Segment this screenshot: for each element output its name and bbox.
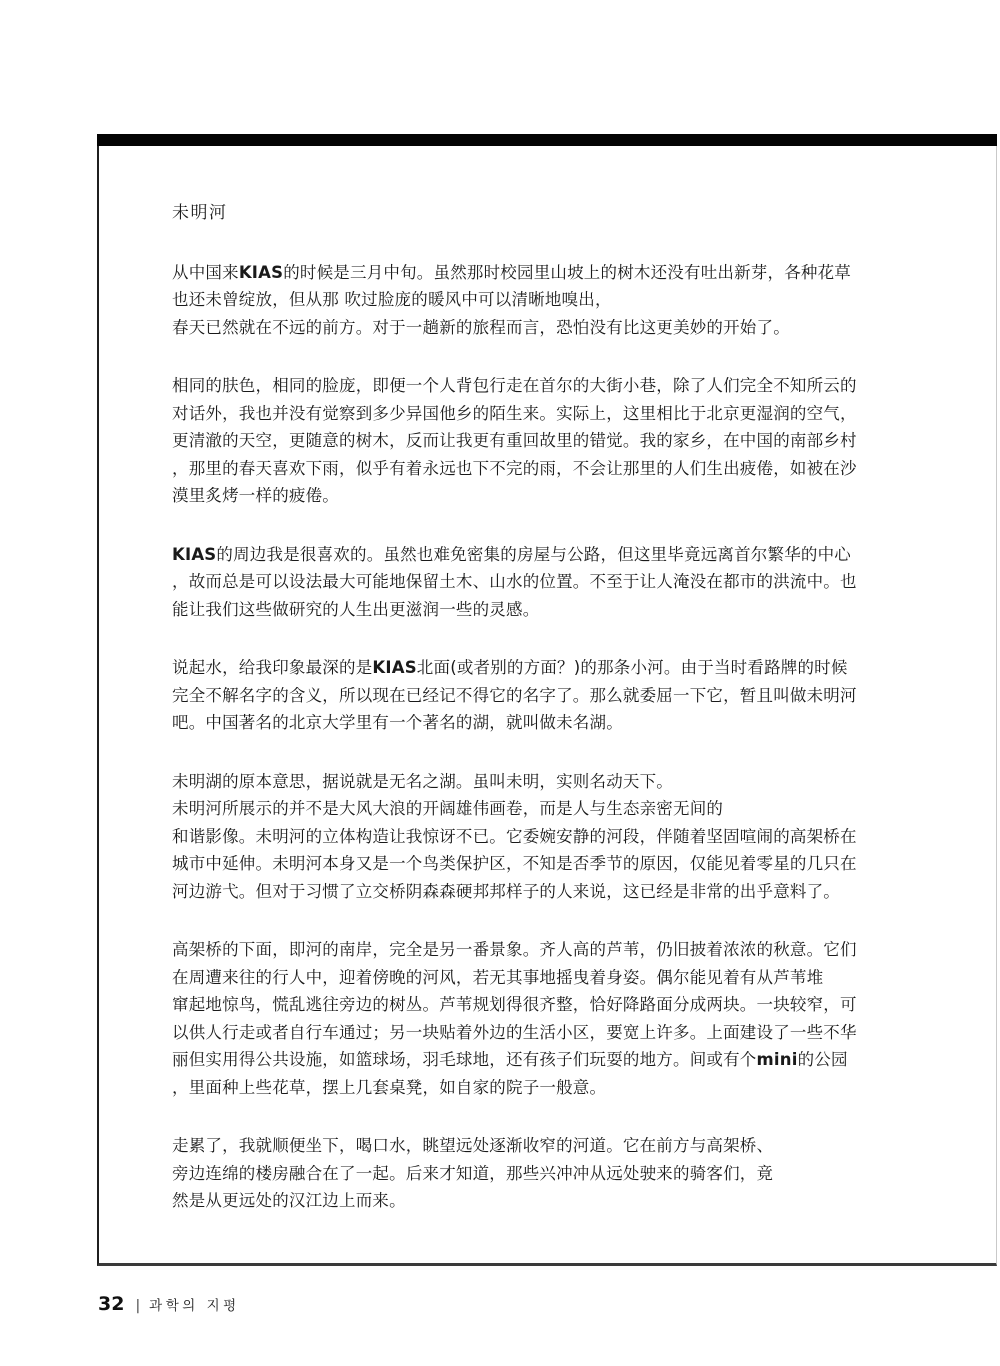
text-line: 丽但实用得公共设施，如篮球场，羽毛球地，还有孩子们玩耍的地方。间或有个mini的… — [172, 1046, 862, 1074]
text-line: 窜起地惊鸟，慌乱逃往旁边的树丛。芦苇规划得很齐整，恰好降路面分成两块。一块较窄，… — [172, 991, 862, 1019]
text-segment: 相同的肤色，相同的脸庞，即便一个人背包行走在首尔的大街小巷，除了人们完全不知所云… — [172, 376, 857, 395]
text-segment: 旁边连绵的楼房融合在了一起。后来才知道，那些兴冲冲从远处驶来的骑客们，竟 — [172, 1164, 773, 1183]
text-line: KIAS的周边我是很喜欢的。虽然也难免密集的房屋与公路，但这里毕竟远离首尔繁华的… — [172, 541, 862, 569]
text-segment: 说起水，给我印象最深的是 — [172, 658, 372, 677]
article-title: 未明河 — [172, 200, 862, 228]
text-segment: 漠里炙烤一样的疲倦。 — [172, 486, 339, 505]
text-segment: 河边游弋。但对于习惯了立交桥阴森森硬邦邦样子的人来说，这已经是非常的出乎意料了。 — [172, 882, 840, 901]
paragraph: KIAS的周边我是很喜欢的。虽然也难免密集的房屋与公路，但这里毕竟远离首尔繁华的… — [172, 541, 862, 624]
text-segment: 未明湖的原本意思，据说就是无名之湖。虽叫未明，实则名动天下。 — [172, 772, 673, 791]
text-line: 未明河所展示的并不是大风大浪的开阔雄伟画卷，而是人与生态亲密无间的 — [172, 795, 862, 823]
header-rule — [97, 134, 997, 146]
article-body: 从中国来KIAS的时候是三月中旬。虽然那时校园里山坡上的树木还没有吐出新芽，各种… — [172, 259, 862, 1215]
text-segment: 窜起地惊鸟，慌乱逃往旁边的树丛。芦苇规划得很齐整，恰好降路面分成两块。一块较窄，… — [172, 995, 857, 1014]
text-line: ，里面种上些花草，摆上几套桌凳，如自家的院子一般意。 — [172, 1074, 862, 1102]
text-segment: 的周边我是很喜欢的。虽然也难免密集的房屋与公路，但这里毕竟远离首尔繁华的中心 — [216, 545, 851, 564]
text-line: 吧。中国著名的北京大学里有一个著名的湖，就叫做未名湖。 — [172, 709, 862, 737]
text-segment: 未明河所展示的并不是大风大浪的开阔雄伟画卷，而是人与生态亲密无间的 — [172, 799, 723, 818]
text-line: 能让我们这些做研究的人生出更滋润一些的灵感。 — [172, 596, 862, 624]
text-line: ，那里的春天喜欢下雨，似乎有着永远也下不完的雨，不会让那里的人们生出疲倦，如被在… — [172, 455, 862, 483]
text-segment: 城市中延伸。未明河本身又是一个鸟类保护区，不知是否季节的原因，仅能见着零星的几只… — [172, 854, 857, 873]
text-line: 走累了，我就顺便坐下，喝口水，眺望远处逐渐收窄的河道。它在前方与高架桥、 — [172, 1132, 862, 1160]
article-content: 未明河 从中国来KIAS的时候是三月中旬。虽然那时校园里山坡上的树木还没有吐出新… — [172, 146, 862, 1215]
text-line: 旁边连绵的楼房融合在了一起。后来才知道，那些兴冲冲从远处驶来的骑客们，竟 — [172, 1160, 862, 1188]
text-line: 说起水，给我印象最深的是KIAS北面(或者别的方面？)的那条小河。由于当时看路牌… — [172, 654, 862, 682]
text-line: 完全不解名字的含义，所以现在已经记不得它的名字了。那么就委屈一下它，暂且叫做未明… — [172, 682, 862, 710]
text-segment: 以供人行走或者自行车通过；另一块贴着外边的生活小区，要宽上许多。上面建设了一些不… — [172, 1023, 857, 1042]
text-segment: 的公园 — [798, 1050, 848, 1069]
bold-latin-text: mini — [757, 1050, 798, 1069]
text-segment: 丽但实用得公共设施，如篮球场，羽毛球地，还有孩子们玩耍的地方。间或有个 — [172, 1050, 757, 1069]
text-line: ，故而总是可以设法最大可能地保留土木、山水的位置。不至于让人淹没在都市的洪流中。… — [172, 568, 862, 596]
text-segment: 吧。中国著名的北京大学里有一个著名的湖，就叫做未名湖。 — [172, 713, 623, 732]
text-line: 以供人行走或者自行车通过；另一块贴着外边的生活小区，要宽上许多。上面建设了一些不… — [172, 1019, 862, 1047]
text-segment: 对话外，我也并没有觉察到多少异国他乡的陌生来。实际上，这里相比于北京更湿润的空气… — [172, 404, 857, 423]
text-segment: 更清澈的天空，更随意的树木，反而让我更有重回故里的错觉。我的家乡，在中国的南部乡… — [172, 431, 857, 450]
text-line: 在周遭来往的行人中，迎着傍晚的河风，若无其事地摇曳着身姿。偶尔能见着有从芦苇堆 — [172, 964, 862, 992]
paragraph: 从中国来KIAS的时候是三月中旬。虽然那时校园里山坡上的树木还没有吐出新芽，各种… — [172, 259, 862, 342]
text-line: 然是从更远处的汉江边上而来。 — [172, 1187, 862, 1215]
text-segment: 高架桥的下面，即河的南岸，完全是另一番景象。齐人高的芦苇，仍旧披着浓浓的秋意。它… — [172, 940, 857, 959]
bold-latin-text: KIAS — [239, 263, 283, 282]
text-segment: 走累了，我就顺便坐下，喝口水，眺望远处逐渐收窄的河道。它在前方与高架桥、 — [172, 1136, 773, 1155]
page-number: 32 — [98, 1293, 124, 1315]
text-line: 河边游弋。但对于习惯了立交桥阴森森硬邦邦样子的人来说，这已经是非常的出乎意料了。 — [172, 878, 862, 906]
text-line: 也还未曾绽放，但从那 吹过脸庞的暖风中可以清晰地嗅出， — [172, 286, 862, 314]
bold-latin-text: KIAS — [372, 658, 416, 677]
text-segment: 完全不解名字的含义，所以现在已经记不得它的名字了。那么就委屈一下它，暂且叫做未明… — [172, 686, 857, 705]
text-segment: ，故而总是可以设法最大可能地保留土木、山水的位置。不至于让人淹没在都市的洪流中。… — [172, 572, 857, 591]
text-segment: 能让我们这些做研究的人生出更滋润一些的灵感。 — [172, 600, 539, 619]
text-line: 和谐影像。未明河的立体构造让我惊讶不已。它委婉安静的河段，伴随着坚固喧闹的高架桥… — [172, 823, 862, 851]
page-footer: 32 | 과학의 지평 — [98, 1293, 240, 1315]
text-line: 城市中延伸。未明河本身又是一个鸟类保护区，不知是否季节的原因，仅能见着零星的几只… — [172, 850, 862, 878]
text-line: 漠里炙烤一样的疲倦。 — [172, 482, 862, 510]
paragraph: 未明湖的原本意思，据说就是无名之湖。虽叫未明，实则名动天下。未明河所展示的并不是… — [172, 768, 862, 906]
text-segment: 也还未曾绽放，但从那 吹过脸庞的暖风中可以清晰地嗅出， — [172, 290, 612, 309]
text-line: 对话外，我也并没有觉察到多少异国他乡的陌生来。实际上，这里相比于北京更湿润的空气… — [172, 400, 862, 428]
bold-latin-text: KIAS — [172, 545, 216, 564]
text-line: 从中国来KIAS的时候是三月中旬。虽然那时校园里山坡上的树木还没有吐出新芽，各种… — [172, 259, 862, 287]
text-segment: 然是从更远处的汉江边上而来。 — [172, 1191, 406, 1210]
text-line: 相同的肤色，相同的脸庞，即便一个人背包行走在首尔的大街小巷，除了人们完全不知所云… — [172, 372, 862, 400]
paragraph: 高架桥的下面，即河的南岸，完全是另一番景象。齐人高的芦苇，仍旧披着浓浓的秋意。它… — [172, 936, 862, 1101]
journal-name: 과학의 지평 — [149, 1294, 240, 1314]
text-line: 高架桥的下面，即河的南岸，完全是另一番景象。齐人高的芦苇，仍旧披着浓浓的秋意。它… — [172, 936, 862, 964]
footer-divider: | — [135, 1298, 140, 1314]
text-segment: ，里面种上些花草，摆上几套桌凳，如自家的院子一般意。 — [172, 1078, 606, 1097]
text-segment: ，那里的春天喜欢下雨，似乎有着永远也下不完的雨，不会让那里的人们生出疲倦，如被在… — [172, 459, 857, 478]
text-segment: 春天已然就在不远的前方。对于一趟新的旅程而言，恐怕没有比这更美妙的开始了。 — [172, 318, 790, 337]
text-line: 春天已然就在不远的前方。对于一趟新的旅程而言，恐怕没有比这更美妙的开始了。 — [172, 314, 862, 342]
text-line: 更清澈的天空，更随意的树木，反而让我更有重回故里的错觉。我的家乡，在中国的南部乡… — [172, 427, 862, 455]
text-segment: 和谐影像。未明河的立体构造让我惊讶不已。它委婉安静的河段，伴随着坚固喧闹的高架桥… — [172, 827, 857, 846]
text-segment: 在周遭来往的行人中，迎着傍晚的河风，若无其事地摇曳着身姿。偶尔能见着有从芦苇堆 — [172, 968, 823, 987]
text-segment: 从中国来 — [172, 263, 239, 282]
paragraph: 走累了，我就顺便坐下，喝口水，眺望远处逐渐收窄的河道。它在前方与高架桥、旁边连绵… — [172, 1132, 862, 1215]
paragraph: 相同的肤色，相同的脸庞，即便一个人背包行走在首尔的大街小巷，除了人们完全不知所云… — [172, 372, 862, 510]
text-segment: 的时候是三月中旬。虽然那时校园里山坡上的树木还没有吐出新芽，各种花草 — [283, 263, 851, 282]
text-segment: 北面(或者别的方面？)的那条小河。由于当时看路牌的时候 — [417, 658, 848, 677]
text-line: 未明湖的原本意思，据说就是无名之湖。虽叫未明，实则名动天下。 — [172, 768, 862, 796]
paragraph: 说起水，给我印象最深的是KIAS北面(或者别的方面？)的那条小河。由于当时看路牌… — [172, 654, 862, 737]
